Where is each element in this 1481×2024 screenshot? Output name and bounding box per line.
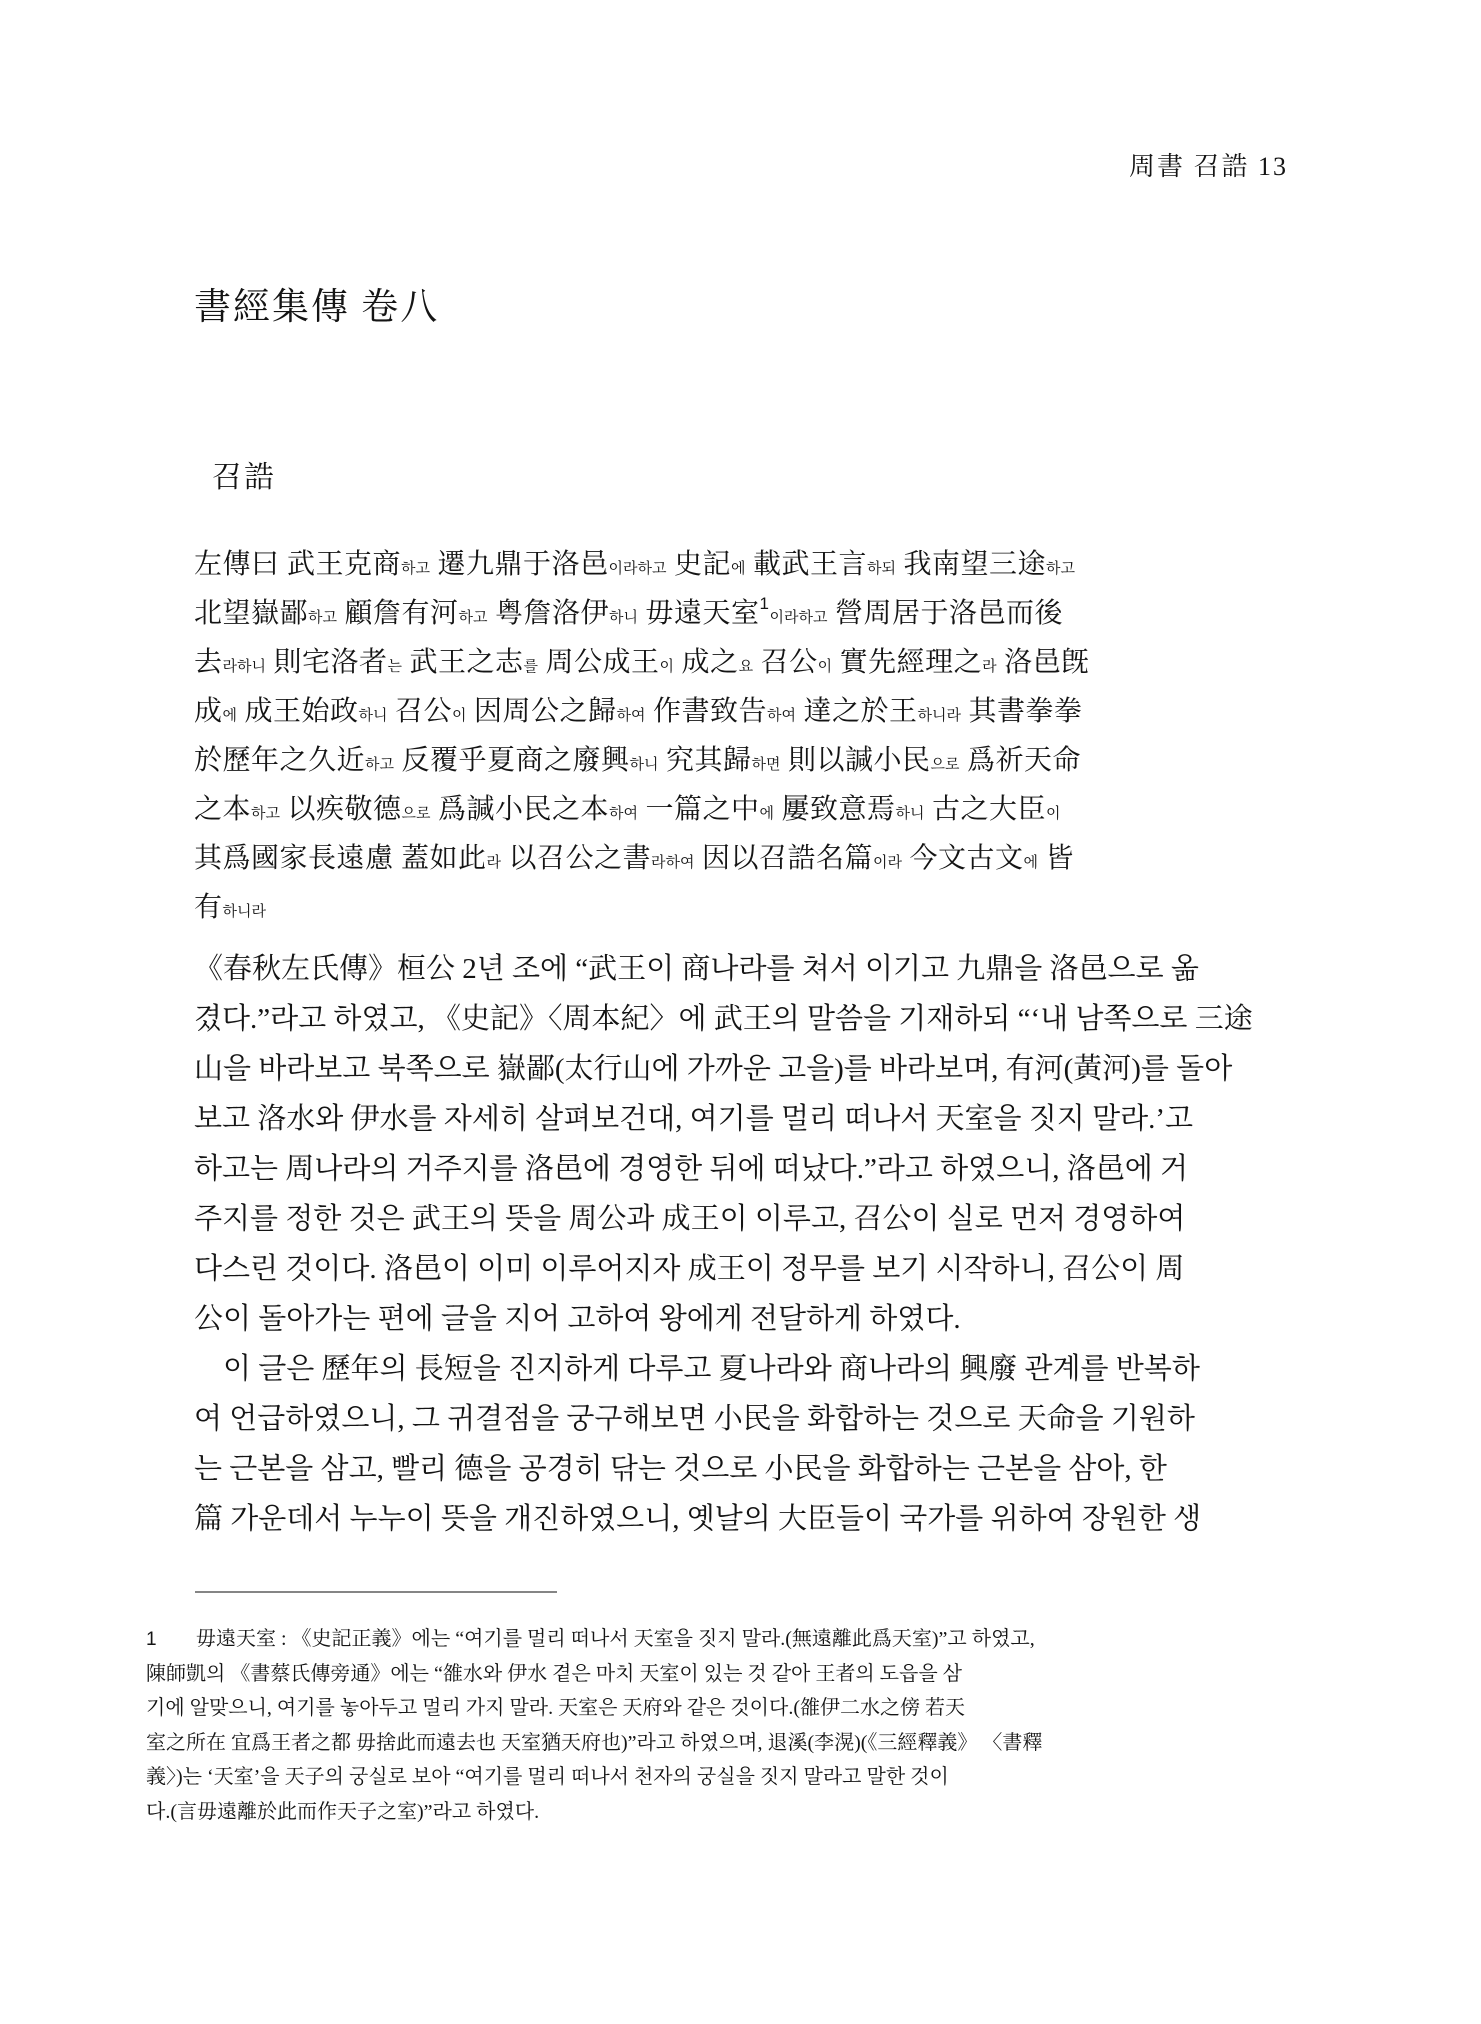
hanmun-line: 成에 成王始政하니 召公이 因周公之歸하여 作書致告하여 達之於王하니라 其書拳… bbox=[194, 687, 1304, 736]
section-heading: 召誥 bbox=[212, 452, 276, 496]
hangul-annotation: 으로 bbox=[931, 757, 960, 773]
hanmun-line: 左傳曰 武王克商하고 遷九鼎于洛邑이라하고 史記에 載武王言하되 我南望三途하고 bbox=[194, 540, 1304, 589]
hanja-text: 屢致意焉 bbox=[774, 794, 896, 825]
hangul-annotation: 하니 bbox=[896, 806, 925, 822]
hangul-annotation: 하니라 bbox=[918, 708, 961, 724]
hanja-text: 達之於王 bbox=[796, 696, 918, 727]
hanja-text: 成王始政 bbox=[237, 696, 359, 727]
footnote-line: 陳師凱의 《書蔡氏傳旁通》에는 “雒水와 伊水 곁은 마치 天室이 있는 것 같… bbox=[146, 1657, 1356, 1692]
translation-line: 보고 洛水와 伊水를 자세히 살펴보건대, 여기를 멀리 떠나서 天室을 짓지 … bbox=[194, 1094, 1304, 1144]
translation-line: 公이 돌아가는 편에 글을 지어 고하여 왕에게 전달하게 하였다. bbox=[194, 1294, 1304, 1344]
hanmun-paragraph: 左傳曰 武王克商하고 遷九鼎于洛邑이라하고 史記에 載武王言하되 我南望三途하고… bbox=[194, 540, 1304, 932]
hangul-annotation: 하고 bbox=[459, 610, 488, 626]
hanja-text: 作書致告 bbox=[646, 696, 768, 727]
footnote-line: 義〉)는 ‘天室’을 天子의 궁실로 보아 “여기를 멀리 떠나서 천자의 궁실… bbox=[146, 1760, 1356, 1795]
hanja-text: 古之大臣 bbox=[925, 794, 1047, 825]
hangul-annotation: 하고 bbox=[308, 610, 337, 626]
hangul-annotation: 하고 bbox=[1046, 561, 1075, 577]
hanja-text: 則宅洛者 bbox=[266, 647, 388, 678]
hangul-annotation: 이 bbox=[1046, 806, 1061, 822]
hanja-text: 一篇之中 bbox=[638, 794, 760, 825]
hangul-annotation: 에 bbox=[1024, 855, 1039, 871]
hangul-annotation: 라하니 bbox=[223, 659, 266, 675]
hangul-annotation: 하니 bbox=[609, 610, 638, 626]
hanja-text: 成之 bbox=[674, 647, 739, 678]
hangul-annotation: 이라하고 bbox=[769, 610, 827, 626]
hanja-text: 皆 bbox=[1038, 843, 1074, 874]
hanja-text: 以召公之書 bbox=[501, 843, 651, 874]
hangul-annotation: 하여 bbox=[617, 708, 646, 724]
translation-paragraph-1: 《春秋左氏傳》桓公 2년 조에 “武王이 商나라를 쳐서 이기고 九鼎을 洛邑으… bbox=[194, 944, 1304, 1344]
hangul-annotation: 하여 bbox=[609, 806, 638, 822]
hangul-annotation: 에 bbox=[731, 561, 746, 577]
hangul-annotation: 라하여 bbox=[651, 855, 694, 871]
hanja-text: 其書拳拳 bbox=[961, 696, 1083, 727]
translation-line: 다스린 것이다. 洛邑이 이미 이루어지자 成王이 정무를 보기 시작하니, 召… bbox=[194, 1244, 1304, 1294]
hangul-annotation: 하면 bbox=[752, 757, 781, 773]
hanja-text: 召公 bbox=[388, 696, 453, 727]
footnote-line: 室之所在 宜爲王者之都 毋捨此而遠去也 天室猶天府也)”라고 하였으며, 退溪(… bbox=[146, 1726, 1356, 1761]
hanja-text: 去 bbox=[194, 647, 223, 678]
hanmun-line: 之本하고 以疾敬德으로 爲諴小民之本하여 一篇之中에 屢致意焉하니 古之大臣이 bbox=[194, 785, 1304, 834]
hangul-annotation: 라 bbox=[487, 855, 502, 871]
hangul-annotation: 를 bbox=[524, 659, 539, 675]
hangul-annotation: 하니라 bbox=[223, 904, 266, 920]
translation-line: 하고는 周나라의 거주지를 洛邑에 경영한 뒤에 떠났다.”라고 하였으니, 洛… bbox=[194, 1144, 1304, 1194]
footnote-number: 1 bbox=[146, 1623, 196, 1658]
hanmun-line: 其爲國家長遠慮 蓋如此라 以召公之書라하여 因以召誥名篇이라 今文古文에 皆 bbox=[194, 834, 1304, 883]
hanja-text: 以疾敬德 bbox=[280, 794, 402, 825]
hanja-text: 史記 bbox=[666, 549, 731, 580]
translation-line: 《春秋左氏傳》桓公 2년 조에 “武王이 商나라를 쳐서 이기고 九鼎을 洛邑으… bbox=[194, 944, 1304, 994]
translation-line: 篇 가운데서 누누이 뜻을 개진하였으니, 옛날의 大臣들이 국가를 위하여 장… bbox=[194, 1494, 1304, 1544]
hanja-text: 左傳曰 武王克商 bbox=[194, 549, 401, 580]
hanja-text: 實先經理之 bbox=[832, 647, 982, 678]
hangul-annotation: 하고 bbox=[401, 561, 430, 577]
hanja-text: 因以召誥名篇 bbox=[695, 843, 874, 874]
translation-line: 여 언급하였으니, 그 귀결점을 궁구해보면 小民을 화합하는 것으로 天命을 … bbox=[194, 1394, 1304, 1444]
hanmun-line: 北望嶽鄙하고 顧詹有河하고 粤詹洛伊하니 毋遠天室1이라하고 營周居于洛邑而後 bbox=[194, 589, 1304, 638]
book-title: 書經集傳 卷八 bbox=[194, 276, 439, 330]
hangul-annotation: 하고 bbox=[365, 757, 394, 773]
translation-line: 이 글은 歷年의 長短을 진지하게 다루고 夏나라와 商나라의 興廢 관계를 반… bbox=[194, 1344, 1304, 1394]
hangul-annotation: 이 bbox=[818, 659, 833, 675]
hanja-text: 營周居于洛邑而後 bbox=[827, 598, 1063, 629]
hanja-text: 其爲國家長遠慮 蓋如此 bbox=[194, 843, 487, 874]
footnote-line: 기에 알맞으니, 여기를 놓아두고 멀리 가지 말라. 天室은 天府와 같은 것… bbox=[146, 1691, 1356, 1726]
footnote-line: 다.(言毋遠離於此而作天子之室)”라고 하였다. bbox=[146, 1795, 1356, 1830]
hanja-text: 召公 bbox=[753, 647, 818, 678]
hangul-annotation: 에 bbox=[760, 806, 775, 822]
hanja-text: 爲諴小民之本 bbox=[431, 794, 610, 825]
hangul-annotation: 이라 bbox=[873, 855, 902, 871]
hanja-text: 北望嶽鄙 bbox=[194, 598, 308, 629]
translation-line: 주지를 정한 것은 武王의 뜻을 周公과 成王이 이루고, 召公이 실로 먼저 … bbox=[194, 1194, 1304, 1244]
hangul-annotation: 요 bbox=[739, 659, 754, 675]
hangul-annotation: 하고 bbox=[251, 806, 280, 822]
hanja-text: 載武王言 bbox=[746, 549, 868, 580]
hangul-annotation: 하니 bbox=[630, 757, 659, 773]
hangul-annotation: 에 bbox=[223, 708, 238, 724]
hanja-text: 因周公之歸 bbox=[467, 696, 617, 727]
hanmun-line: 於歷年之久近하고 反覆乎夏商之廢興하니 究其歸하면 則以諴小民으로 爲祈天命 bbox=[194, 736, 1304, 785]
footnote-line: 1毋遠天室 : 《史記正義》에는 “여기를 멀리 떠나서 天室을 짓지 말라.(… bbox=[146, 1622, 1356, 1657]
hanmun-line: 有하니라 bbox=[194, 883, 1304, 932]
hanja-text: 武王之志 bbox=[402, 647, 524, 678]
hanmun-line: 去라하니 則宅洛者는 武王之志를 周公成王이 成之요 召公이 實先經理之라 洛邑… bbox=[194, 638, 1304, 687]
hanja-text: 顧詹有河 bbox=[337, 598, 459, 629]
hangul-annotation: 라 bbox=[982, 659, 997, 675]
hanja-text: 反覆乎夏商之廢興 bbox=[394, 745, 630, 776]
translation-line: 는 근본을 삼고, 빨리 德을 공경히 닦는 것으로 小民을 화합하는 근본을 … bbox=[194, 1444, 1304, 1494]
hanja-text: 爲祈天命 bbox=[960, 745, 1082, 776]
running-header: 周書 召誥 13 bbox=[1129, 146, 1288, 183]
hanja-text: 毋遠天室 bbox=[638, 598, 760, 629]
hanja-text: 則以諴小民 bbox=[781, 745, 931, 776]
hanja-text: 洛邑旣 bbox=[997, 647, 1090, 678]
translation-line: 山을 바라보고 북쪽으로 嶽鄙(太行山에 가까운 고을)를 바라보며, 有河(黃… bbox=[194, 1044, 1304, 1094]
hangul-annotation: 이 bbox=[452, 708, 467, 724]
hanja-text: 周公成王 bbox=[538, 647, 660, 678]
footnote: 1毋遠天室 : 《史記正義》에는 “여기를 멀리 떠나서 天室을 짓지 말라.(… bbox=[146, 1622, 1356, 1829]
translation-paragraph-2: 이 글은 歷年의 長短을 진지하게 다루고 夏나라와 商나라의 興廢 관계를 반… bbox=[194, 1344, 1304, 1544]
hanja-text: 遷九鼎于洛邑 bbox=[430, 549, 609, 580]
hanja-text: 有 bbox=[194, 892, 223, 923]
hangul-annotation: 이 bbox=[660, 659, 675, 675]
hanja-text: 今文古文 bbox=[902, 843, 1024, 874]
hangul-annotation: 하되 bbox=[867, 561, 896, 577]
hangul-annotation: 으로 bbox=[402, 806, 431, 822]
hanja-text: 我南望三途 bbox=[896, 549, 1046, 580]
hanja-text: 粤詹洛伊 bbox=[488, 598, 610, 629]
translation-line: 겼다.”라고 하였고, 《史記》〈周本紀〉에 武王의 말씀을 기재하되 “‘내 … bbox=[194, 994, 1304, 1044]
hanja-text: 於歷年之久近 bbox=[194, 745, 365, 776]
book-page: 周書 召誥 13 書經集傳 卷八 召誥 左傳曰 武王克商하고 遷九鼎于洛邑이라하… bbox=[0, 0, 1481, 2024]
hanja-text: 成 bbox=[194, 696, 223, 727]
hanja-text: 究其歸 bbox=[659, 745, 752, 776]
hangul-annotation: 하여 bbox=[767, 708, 796, 724]
footnote-text: 毋遠天室 : 《史記正義》에는 “여기를 멀리 떠나서 天室을 짓지 말라.(無… bbox=[196, 1628, 1035, 1650]
footnote-ref: 1 bbox=[760, 594, 770, 613]
hangul-annotation: 이라하고 bbox=[609, 561, 667, 577]
hanja-text: 之本 bbox=[194, 794, 251, 825]
hangul-annotation: 는 bbox=[388, 659, 403, 675]
hangul-annotation: 하니 bbox=[359, 708, 388, 724]
footnote-separator bbox=[195, 1591, 557, 1593]
